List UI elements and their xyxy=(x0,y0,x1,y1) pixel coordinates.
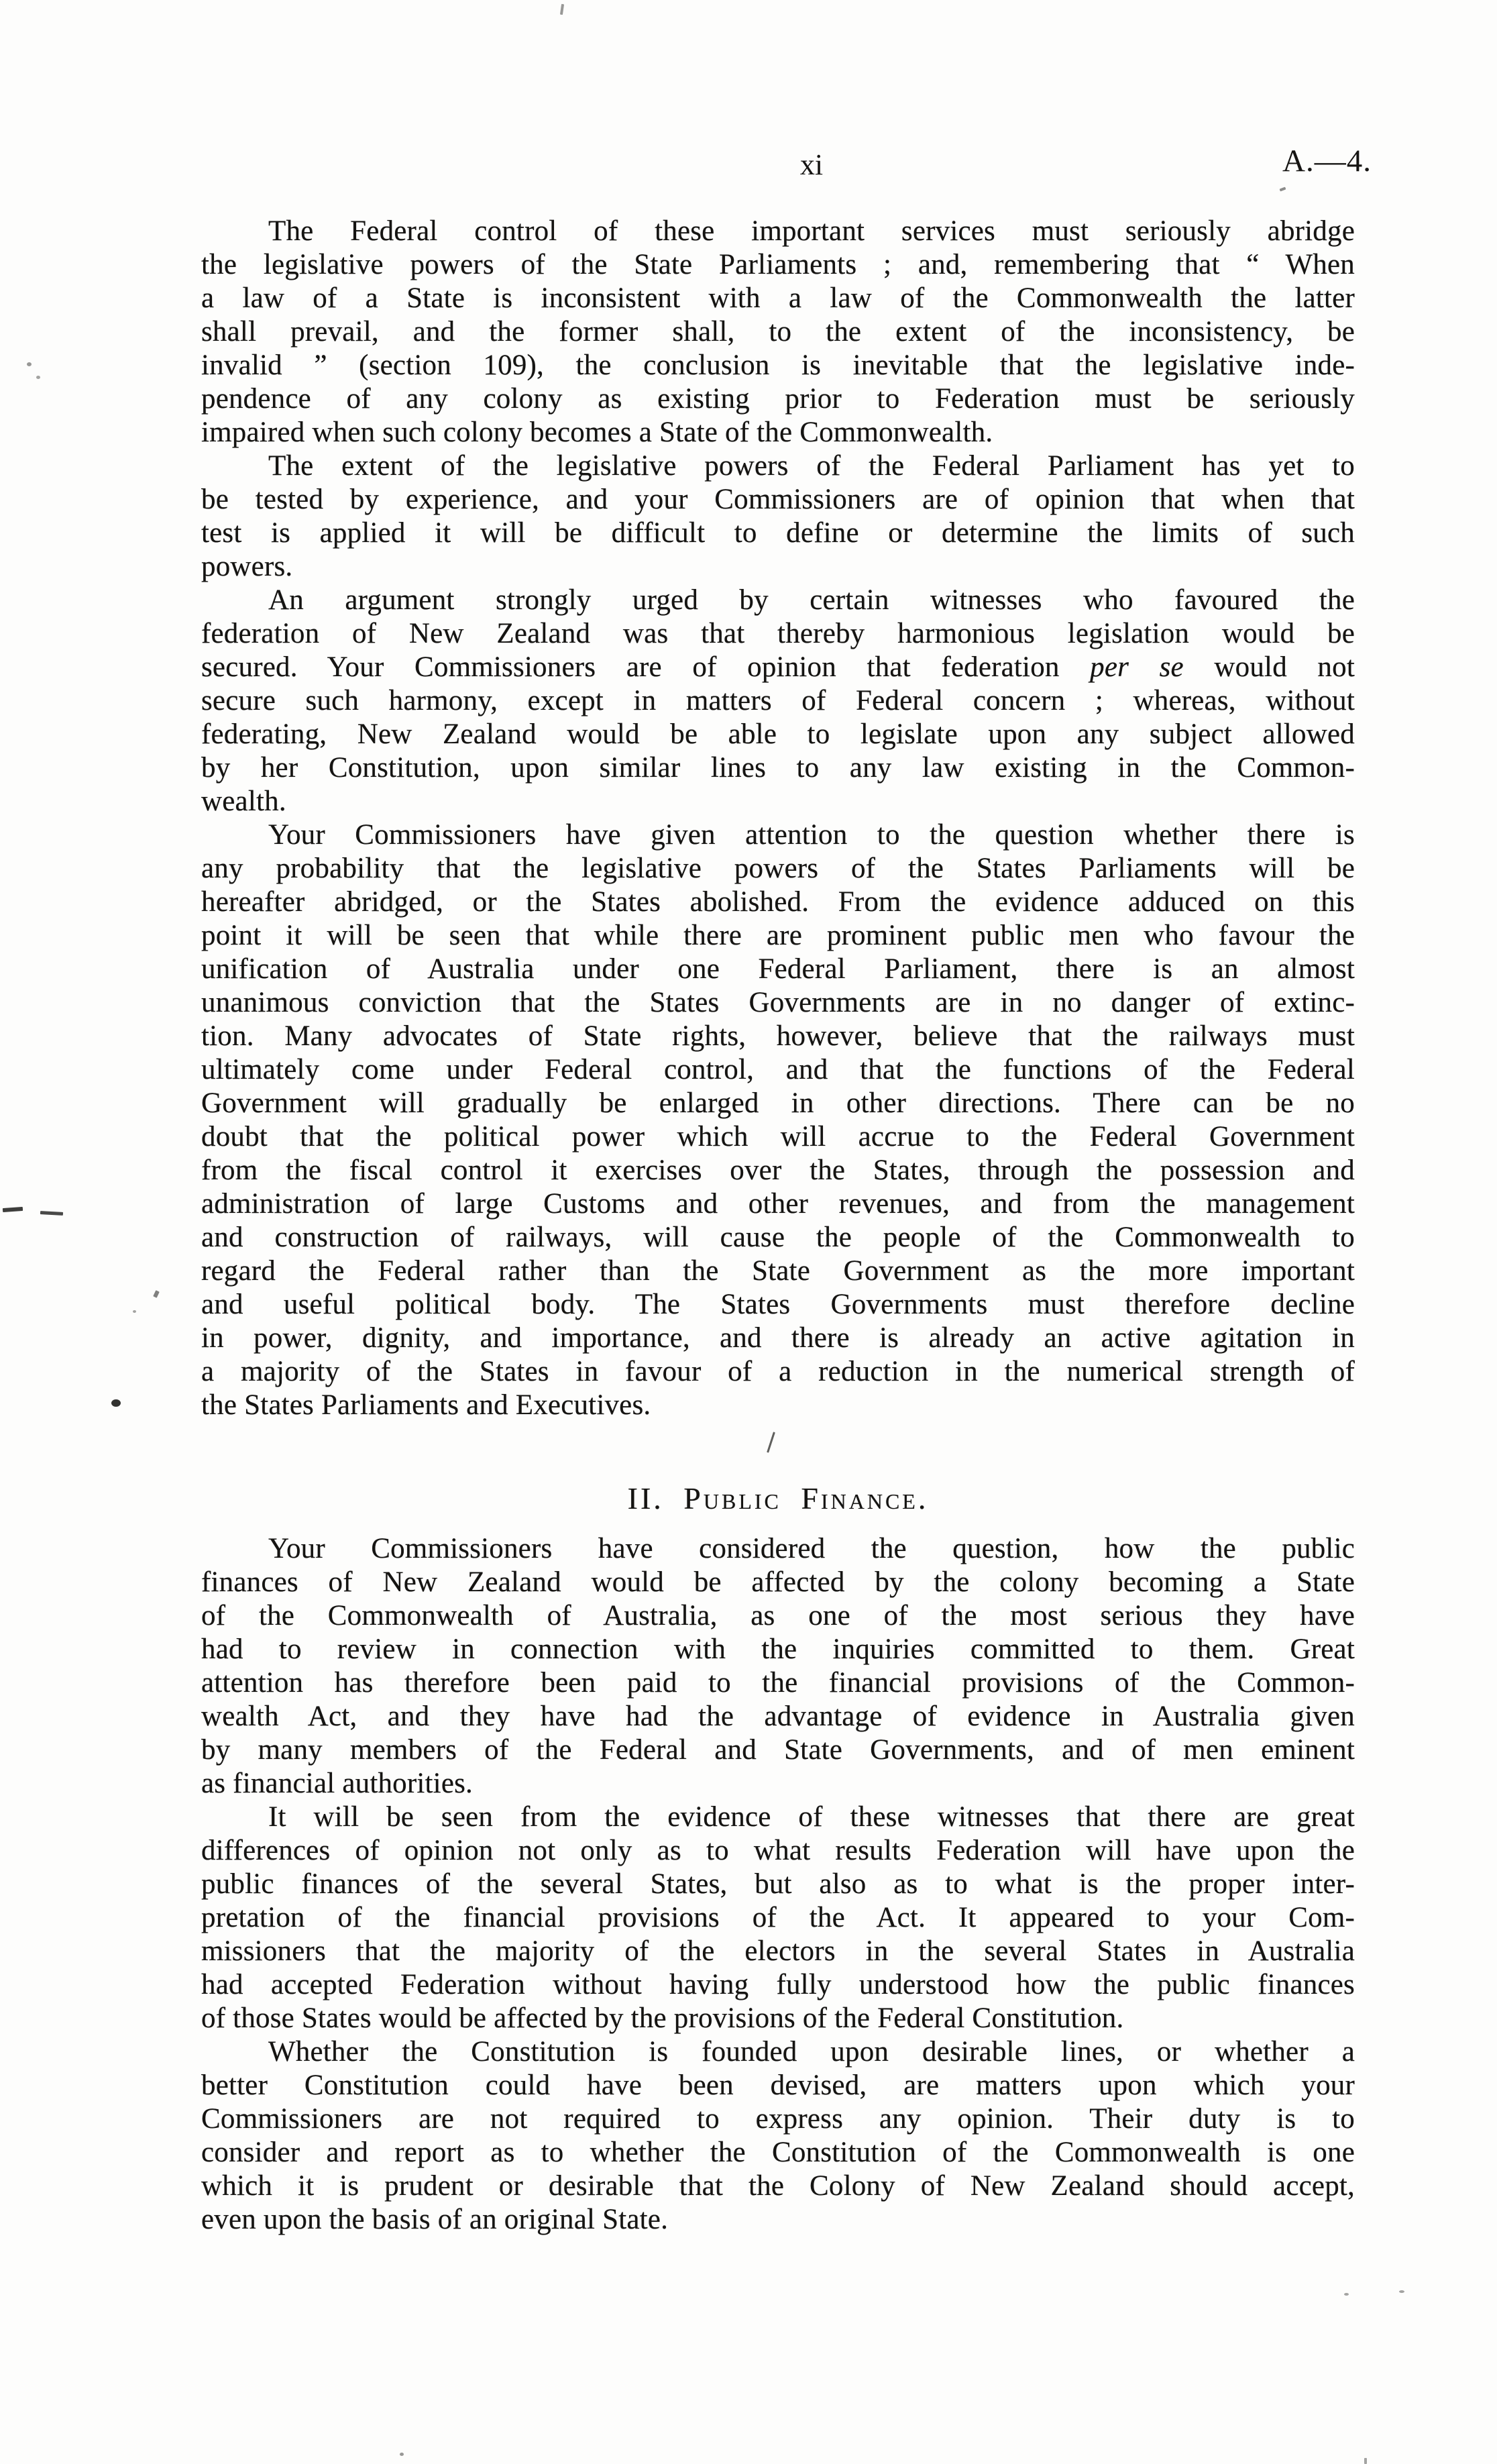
text-line: the legislative powers of the State Parl… xyxy=(201,248,1355,282)
text-line: An argument strongly urged by certain wi… xyxy=(201,584,1355,617)
text-line: secured. Your Commissioners are of opini… xyxy=(201,651,1355,684)
text-line: The Federal control of these important s… xyxy=(201,215,1355,248)
text-line: missioners that the majority of the elec… xyxy=(201,1935,1355,1968)
paragraph: Your Commissioners have considered the q… xyxy=(201,1532,1355,1801)
text-line: tion. Many advocates of State rights, ho… xyxy=(201,1020,1355,1053)
text-line: of the Commonwealth of Australia, as one… xyxy=(201,1599,1355,1633)
text-line: public finances of the several States, b… xyxy=(201,1868,1355,1901)
text-line: wealth Act, and they have had the advant… xyxy=(201,1700,1355,1733)
text-line: The extent of the legislative powers of … xyxy=(201,449,1355,483)
document-page: xi A.—4. The Federal control of these im… xyxy=(0,0,1497,2464)
paragraph: Your Commissioners have given attention … xyxy=(201,818,1355,1422)
scan-artifact xyxy=(400,2453,404,2456)
scan-artifact xyxy=(3,1207,23,1212)
text-line: Commissioners are not required to expres… xyxy=(201,2102,1355,2136)
text-line: ultimately come under Federal control, a… xyxy=(201,1053,1355,1087)
text-line: had to review in connection with the inq… xyxy=(201,1633,1355,1666)
text-line: invalid ” (section 109), the conclusion … xyxy=(201,349,1355,382)
text-line: regard the Federal rather than the State… xyxy=(201,1254,1355,1288)
text-line: pretation of the financial provisions of… xyxy=(201,1901,1355,1935)
text-line: as financial authorities. xyxy=(201,1767,1355,1801)
text-line: It will be seen from the evidence of the… xyxy=(201,1801,1355,1834)
paragraph: An argument strongly urged by certain wi… xyxy=(201,584,1355,818)
paragraph: The Federal control of these important s… xyxy=(201,215,1355,449)
text-line: doubt that the political power which wil… xyxy=(201,1120,1355,1154)
text-line: which it is prudent or desirable that th… xyxy=(201,2170,1355,2203)
text-line: be tested by experience, and your Commis… xyxy=(201,483,1355,517)
text-line: finances of New Zealand would be affecte… xyxy=(201,1566,1355,1599)
scan-artifact xyxy=(27,362,32,366)
document-reference: A.—4. xyxy=(1282,144,1372,178)
text-line: a law of a State is inconsistent with a … xyxy=(201,282,1355,315)
scan-artifact xyxy=(1280,187,1286,192)
scan-artifact xyxy=(133,1310,136,1313)
scan-artifact xyxy=(153,1290,160,1298)
text-line: even upon the basis of an original State… xyxy=(201,2203,1355,2237)
scan-artifact xyxy=(1364,2458,1367,2464)
text-line: better Constitution could have been devi… xyxy=(201,2069,1355,2102)
text-line: administration of large Customs and othe… xyxy=(201,1187,1355,1221)
text-line: Your Commissioners have given attention … xyxy=(201,818,1355,852)
text-line: point it will be seen that while there a… xyxy=(201,919,1355,953)
text-line: secure such harmony, except in matters o… xyxy=(201,684,1355,718)
text-line: any probability that the legislative pow… xyxy=(201,852,1355,886)
paragraph: The extent of the legislative powers of … xyxy=(201,449,1355,584)
scan-artifact xyxy=(40,1211,63,1216)
scan-artifact xyxy=(36,376,40,379)
text-line: attention has therefore been paid to the… xyxy=(201,1666,1355,1700)
text-line: by many members of the Federal and State… xyxy=(201,1733,1355,1767)
section-heading: II. Public Finance. xyxy=(201,1480,1355,1517)
text-line: hereafter abridged, or the States abolis… xyxy=(201,886,1355,919)
text-line: differences of opinion not only as to wh… xyxy=(201,1834,1355,1868)
scan-artifact xyxy=(111,1399,121,1407)
text-line: and construction of railways, will cause… xyxy=(201,1221,1355,1254)
text-line: federating, New Zealand would be able to… xyxy=(201,718,1355,751)
scan-artifact xyxy=(1399,2290,1404,2293)
text-line: federation of New Zealand was that there… xyxy=(201,617,1355,651)
text-line: by her Constitution, upon similar lines … xyxy=(201,751,1355,785)
document-body: The Federal control of these important s… xyxy=(201,215,1355,2237)
text-line: Your Commissioners have considered the q… xyxy=(201,1532,1355,1566)
text-line: Whether the Constitution is founded upon… xyxy=(201,2035,1355,2069)
text-line: and useful political body. The States Go… xyxy=(201,1288,1355,1322)
text-line: powers. xyxy=(201,550,1355,584)
text-line: in power, dignity, and importance, and t… xyxy=(201,1322,1355,1355)
text-line: wealth. xyxy=(201,785,1355,818)
text-line: test is applied it will be difficult to … xyxy=(201,517,1355,550)
text-line: Government will gradually be enlarged in… xyxy=(201,1087,1355,1120)
text-line: consider and report as to whether the Co… xyxy=(201,2136,1355,2170)
scan-artifact xyxy=(560,4,564,15)
text-line: impaired when such colony becomes a Stat… xyxy=(201,416,1355,449)
paragraph: Whether the Constitution is founded upon… xyxy=(201,2035,1355,2237)
text-line: from the fiscal control it exercises ove… xyxy=(201,1154,1355,1187)
text-line: shall prevail, and the former shall, to … xyxy=(201,315,1355,349)
scan-artifact xyxy=(1344,2293,1349,2296)
text-line: unification of Australia under one Feder… xyxy=(201,953,1355,986)
text-line: of those States would be affected by the… xyxy=(201,2002,1355,2035)
paragraph: It will be seen from the evidence of the… xyxy=(201,1801,1355,2035)
text-line: the States Parliaments and Executives. xyxy=(201,1389,1355,1422)
text-line: a majority of the States in favour of a … xyxy=(201,1355,1355,1389)
text-line: unanimous conviction that the States Gov… xyxy=(201,986,1355,1020)
page-number: xi xyxy=(780,149,843,181)
text-line: pendence of any colony as existing prior… xyxy=(201,382,1355,416)
text-line: had accepted Federation without having f… xyxy=(201,1968,1355,2002)
